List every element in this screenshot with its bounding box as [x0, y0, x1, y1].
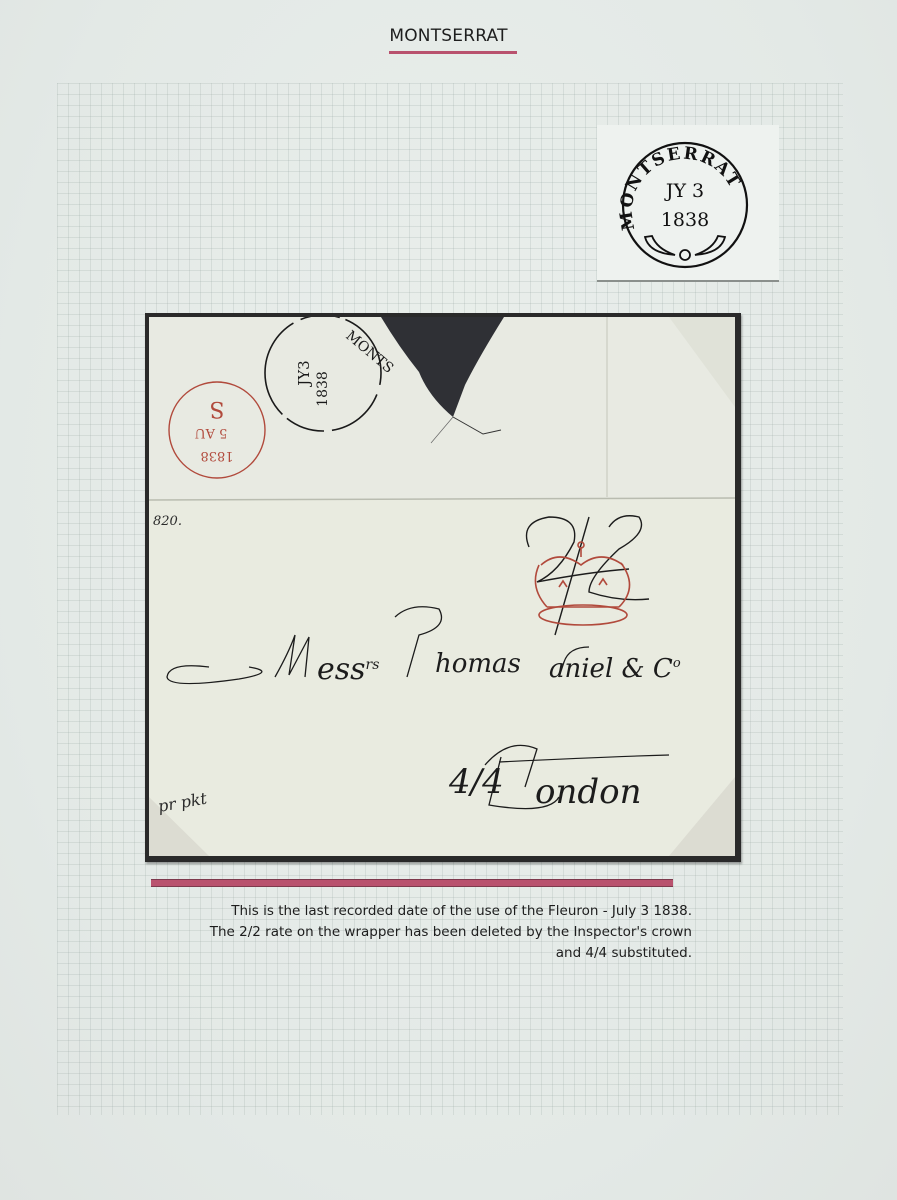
svg-text:JY 3: JY 3	[664, 180, 704, 202]
svg-text:5 AU: 5 AU	[195, 425, 228, 440]
album-page: MONTSERRAT MONTSERRAT JY 3 1838	[0, 0, 897, 1200]
svg-text:1838: 1838	[315, 371, 331, 407]
caption-text: This is the last recorded date of the us…	[140, 901, 692, 964]
svg-text:JY3: JY3	[295, 360, 313, 387]
letter-cover-mount: JY3 1838 MONTS 1838 5 AU S 820.	[145, 313, 741, 862]
caption-line-1: This is the last recorded date of the us…	[140, 901, 692, 922]
title-underline	[389, 51, 517, 54]
entire-letter-wrapper: JY3 1838 MONTS 1838 5 AU S 820.	[149, 317, 735, 856]
inspectors-crown-icon	[535, 542, 629, 625]
postmark-illustration: MONTSERRAT JY 3 1838	[597, 125, 779, 282]
svg-text:homas: homas	[435, 649, 521, 679]
svg-text:aniel & Co: aniel & Co	[549, 654, 681, 684]
svg-text:ondon: ondon	[535, 772, 642, 812]
svg-text:essrs: essrs	[317, 652, 379, 687]
svg-text:820.: 820.	[153, 514, 182, 529]
address-script	[167, 607, 589, 809]
caption-line-3: and 4/4 substituted.	[140, 943, 692, 964]
page-title: MONTSERRAT	[0, 26, 897, 46]
caption-line-2: The 2/2 rate on the wrapper has been del…	[140, 922, 692, 943]
svg-text:1838: 1838	[661, 209, 709, 231]
fleuron-postmark-icon: MONTSERRAT JY 3 1838	[597, 125, 779, 280]
caption-rule	[151, 879, 673, 887]
svg-text:4/4: 4/4	[448, 762, 504, 802]
svg-text:S: S	[209, 396, 224, 421]
manuscript-rate	[527, 516, 650, 635]
svg-text:pr pkt: pr pkt	[156, 789, 208, 816]
svg-text:1838: 1838	[200, 448, 233, 463]
